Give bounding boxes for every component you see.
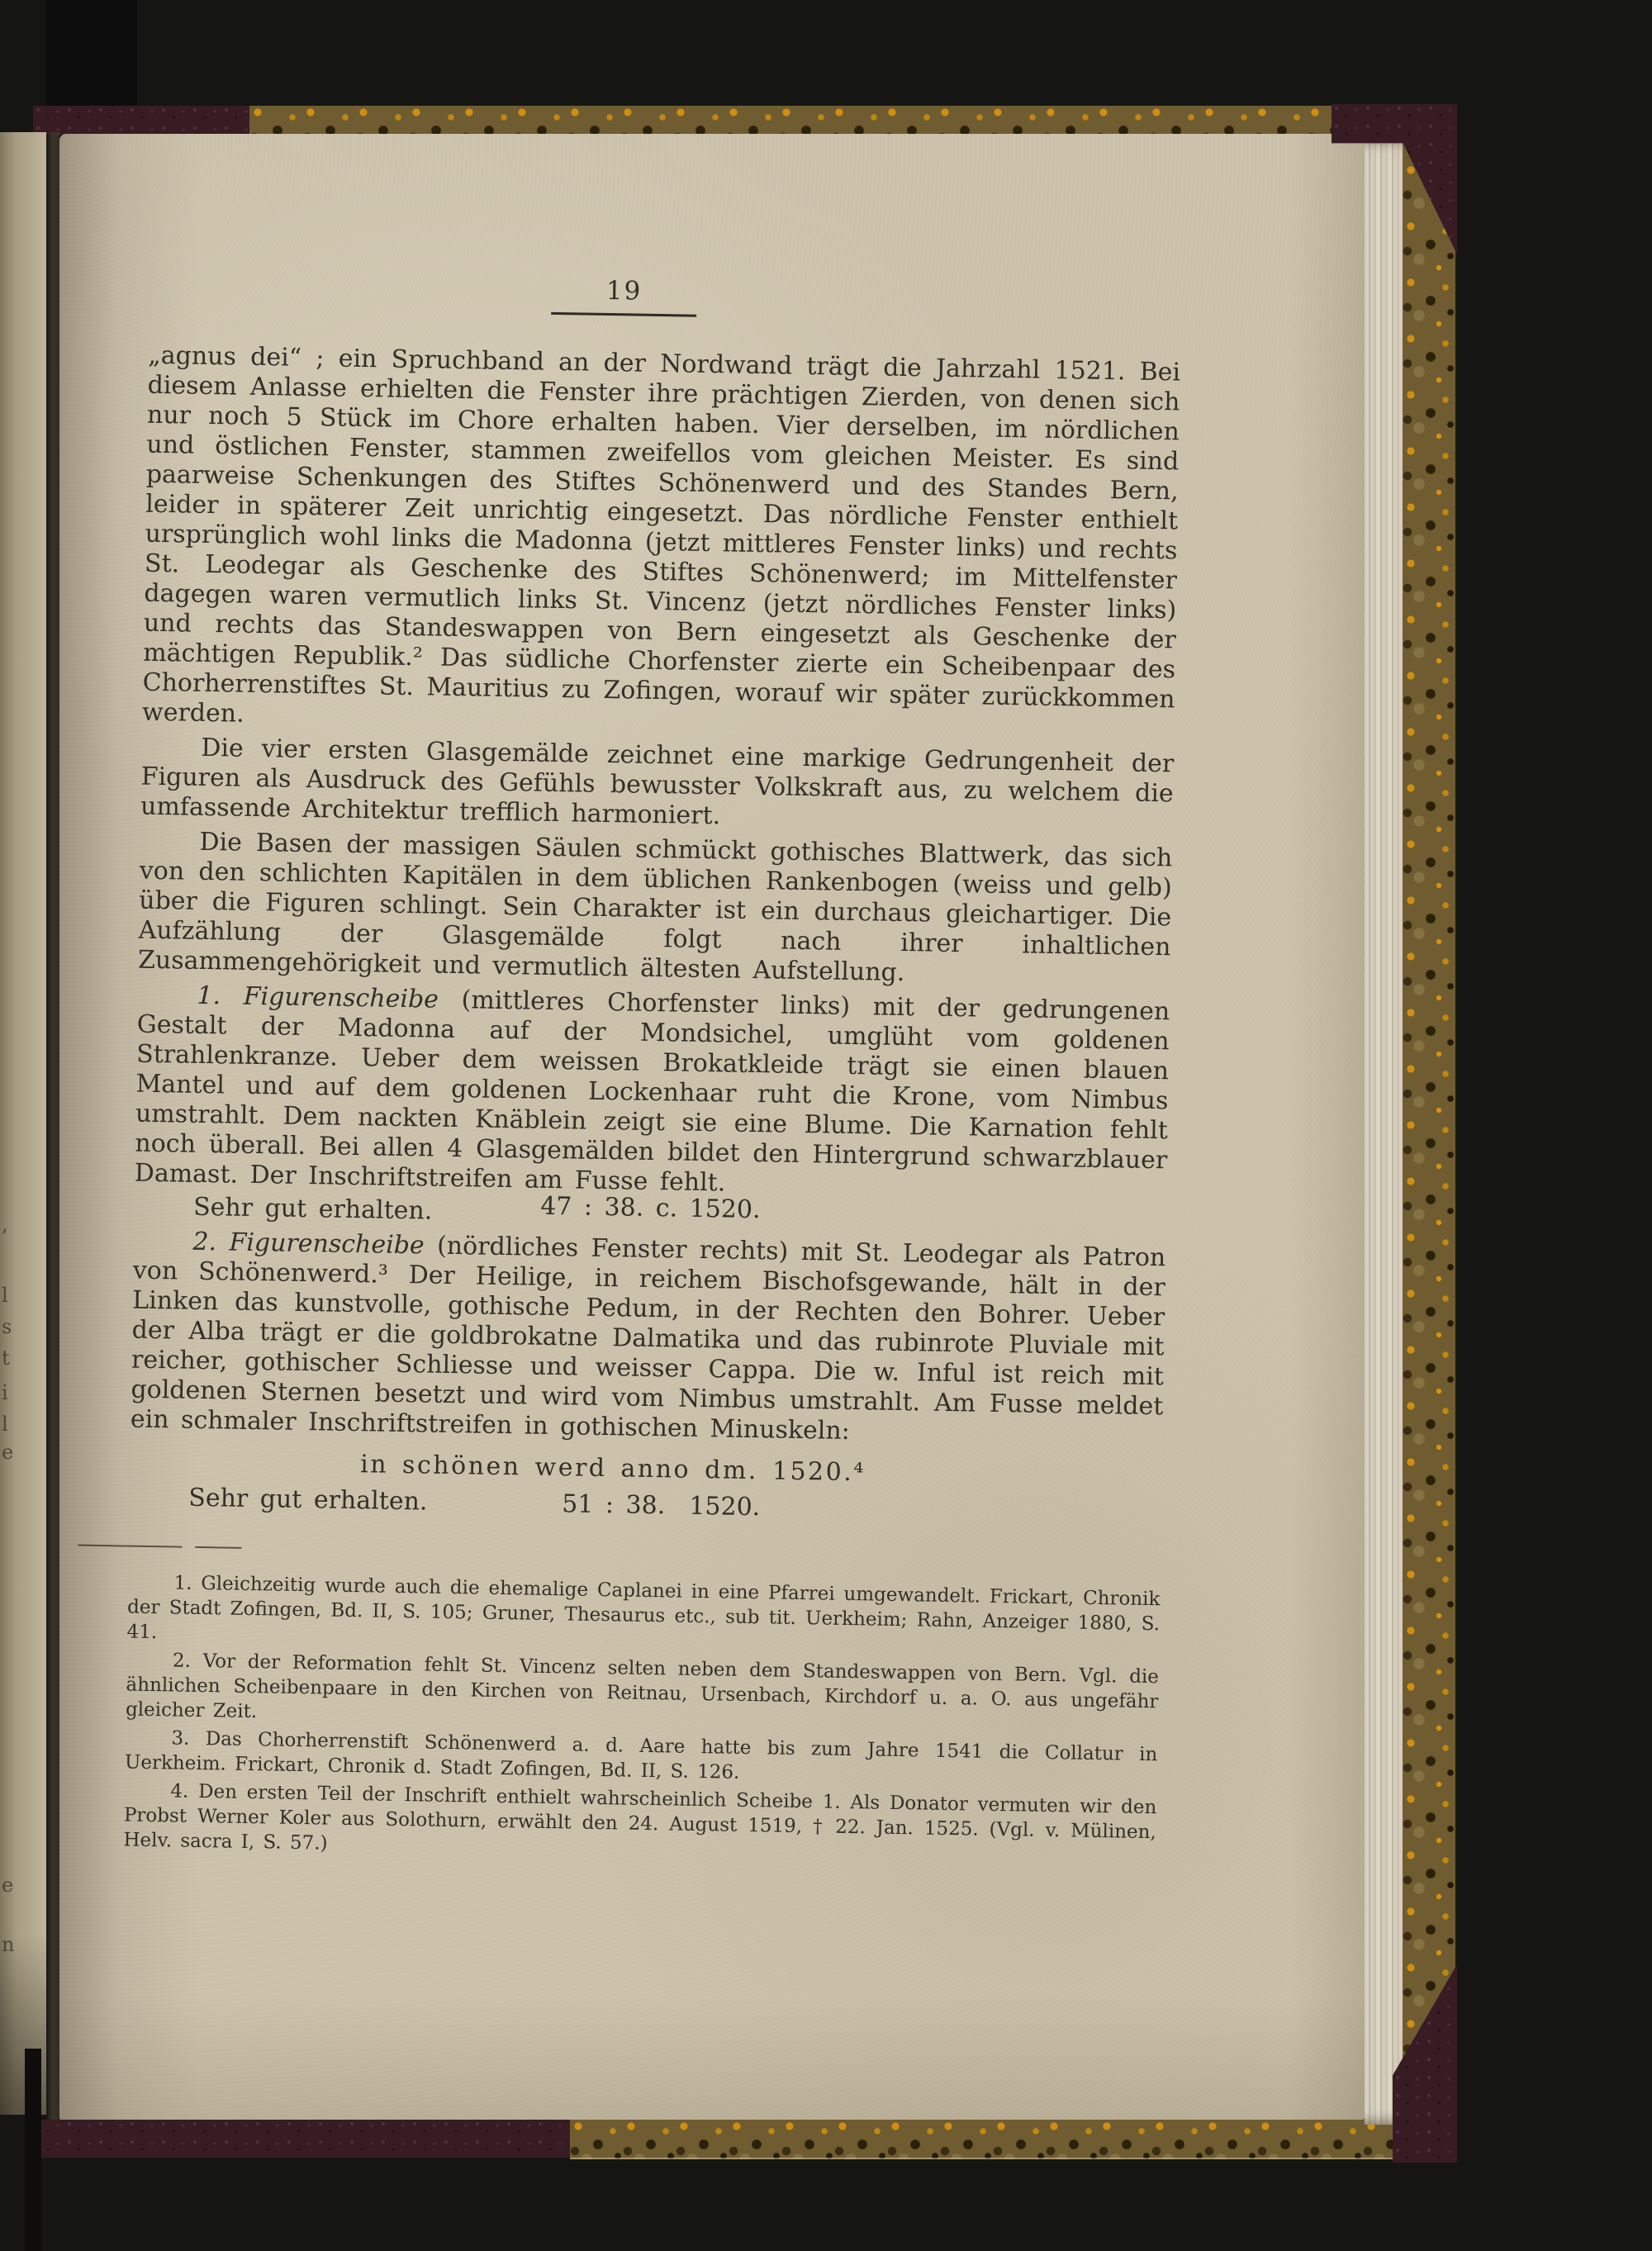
footnote: 1. Gleichzeitig wurde auch die ehemalige… xyxy=(126,1570,1160,1662)
body-text: „agnus dei“ ; ein Spruchband an der Nord… xyxy=(129,341,1180,1530)
gutter-fragment: t xyxy=(2,1346,10,1370)
dimensions-2: 51 : 38. 1520. xyxy=(502,1489,761,1522)
figurenscheibe-2-lead: 2. Figurenscheibe xyxy=(192,1228,425,1261)
footnotes: 1. Gleichzeitig wurde auch die ehemalige… xyxy=(123,1570,1160,1870)
figurenscheibe-1: 1. Figurenscheibe (mittleres Chorfenster… xyxy=(135,981,1170,1206)
bottom-edge-leather xyxy=(33,2120,570,2158)
top-edge-marble xyxy=(249,106,1455,135)
paragraph: Die vier ersten Glasgemälde zeichnet ein… xyxy=(140,733,1175,839)
facing-page-sliver: , l s t i l e e n xyxy=(0,132,46,2115)
figurenscheibe-1-lead: 1. Figurenscheibe xyxy=(197,981,439,1014)
footnote-separator xyxy=(78,1530,1161,1578)
gutter-fragment: , xyxy=(2,1213,8,1236)
page-header: 19 xyxy=(551,275,697,317)
dimensions-1: 47 : 38. c. 1520. xyxy=(481,1191,761,1226)
gutter-fragment: l xyxy=(2,1284,8,1307)
condition-label: Sehr gut erhalten. xyxy=(188,1484,428,1517)
gutter-fragment: l xyxy=(2,1413,8,1436)
paragraph: Die Basen der massigen Säulen schmückt g… xyxy=(138,827,1173,993)
condition-label: Sehr gut erhalten. xyxy=(193,1193,433,1226)
top-edge-leather xyxy=(33,106,249,135)
gutter-crease-bottom xyxy=(25,2049,41,2251)
page-text: 19 „agnus dei“ ; ein Spruchband an der N… xyxy=(123,268,1182,1869)
gutter-fragment: s xyxy=(2,1315,12,1338)
figurenscheibe-2-text: (nördliches Fenster rechts) mit St. Leod… xyxy=(131,1231,1166,1446)
cover-board-edge xyxy=(46,0,137,109)
paragraph-continuation: „agnus dei“ ; ein Spruchband an der Nord… xyxy=(142,341,1181,745)
gutter-crease xyxy=(46,132,59,2120)
book-page: 19 „agnus dei“ ; ein Spruchband an der N… xyxy=(59,134,1365,2120)
figurenscheibe-2: 2. Figurenscheibe (nördliches Fenster re… xyxy=(131,1227,1166,1452)
footnote: 2. Vor der Reformation fehlt St. Vincenz… xyxy=(126,1648,1159,1740)
gutter-fragment: e xyxy=(2,1441,13,1464)
page-number: 19 xyxy=(551,275,697,307)
footnote: 4. Den ersten Teil der Inschrift enthiel… xyxy=(123,1778,1156,1870)
fore-edge-pages xyxy=(1365,139,1404,2125)
figurenscheibe-1-text: (mittleres Chorfenster links) mit der ge… xyxy=(135,985,1170,1198)
marbled-endpaper-edge xyxy=(1403,107,1455,2158)
gutter-fragment: n xyxy=(2,1933,14,1956)
gutter-fragment: e xyxy=(2,1873,13,1897)
page-number-rule xyxy=(551,312,696,317)
bottom-edge-marble xyxy=(570,2120,1455,2159)
gutter-fragment: i xyxy=(2,1381,8,1404)
